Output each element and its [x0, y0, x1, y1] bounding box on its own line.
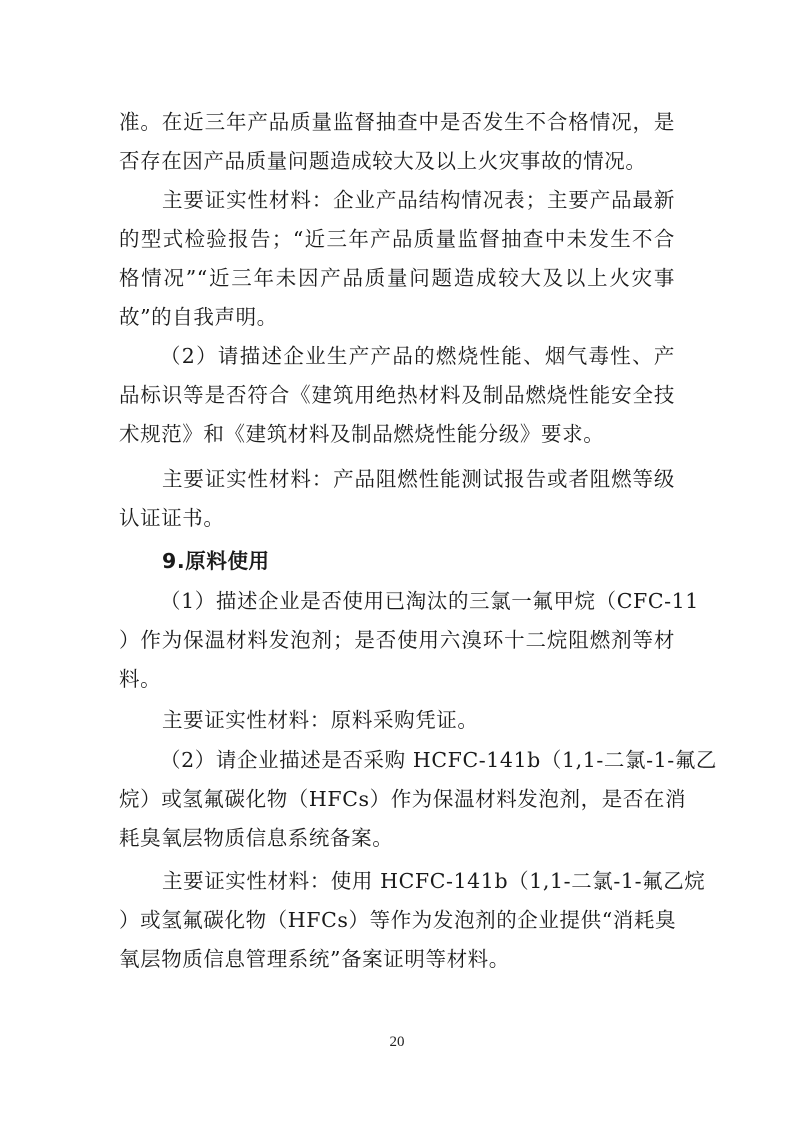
paragraph-line: 主要证实性材料：产品阻燃性能测试报告或者阻燃等级	[162, 465, 675, 493]
paragraph-line: 格情况”“近三年未因产品质量问题造成较大及以上火灾事	[119, 264, 675, 292]
paragraph-line: 氧层物质信息管理系统”备案证明等材料。	[119, 945, 675, 973]
paragraph-line: 准。在近三年产品质量监督抽查中是否发生不合格情况，是	[119, 108, 675, 136]
document-page: 准。在近三年产品质量监督抽查中是否发生不合格情况，是 否存在因产品质量问题造成较…	[0, 0, 794, 1123]
section-heading: 9.原料使用	[162, 547, 675, 575]
paragraph-line: 主要证实性材料：使用 HCFC-141b（1,1-二氯-1-氟乙烷	[162, 867, 675, 895]
paragraph-line: 否存在因产品质量问题造成较大及以上火灾事故的情况。	[119, 147, 675, 175]
paragraph-line: （1）描述企业是否使用已淘汰的三氯一氟甲烷（CFC-11	[160, 587, 675, 615]
paragraph-line: （2）请描述企业生产产品的燃烧性能、烟气毒性、产	[160, 342, 675, 370]
paragraph-line: 主要证实性材料：企业产品结构情况表；主要产品最新	[162, 186, 675, 214]
paragraph-line: 品标识等是否符合《建筑用绝热材料及制品燃烧性能安全技	[119, 381, 675, 409]
paragraph-line: ）作为保温材料发泡剂；是否使用六溴环十二烷阻燃剂等材	[119, 626, 675, 654]
paragraph-line: 的型式检验报告；“近三年产品质量监督抽查中未发生不合	[119, 225, 675, 253]
paragraph-line: 认证证书。	[119, 504, 675, 532]
paragraph-line: 故”的自我声明。	[119, 303, 675, 331]
page-number: 20	[0, 1034, 794, 1051]
paragraph-line: ）或氢氟碳化物（HFCs）等作为发泡剂的企业提供“消耗臭	[119, 906, 675, 934]
paragraph-line: （2）请企业描述是否采购 HCFC-141b（1,1-二氯-1-氟乙	[160, 746, 675, 774]
paragraph-line: 主要证实性材料：原料采购凭证。	[162, 706, 675, 734]
paragraph-line: 料。	[119, 665, 675, 693]
paragraph-line: 术规范》和《建筑材料及制品燃烧性能分级》要求。	[119, 420, 675, 448]
paragraph-line: 耗臭氧层物质信息系统备案。	[119, 824, 675, 852]
paragraph-line: 烷）或氢氟碳化物（HFCs）作为保温材料发泡剂，是否在消	[119, 785, 675, 813]
